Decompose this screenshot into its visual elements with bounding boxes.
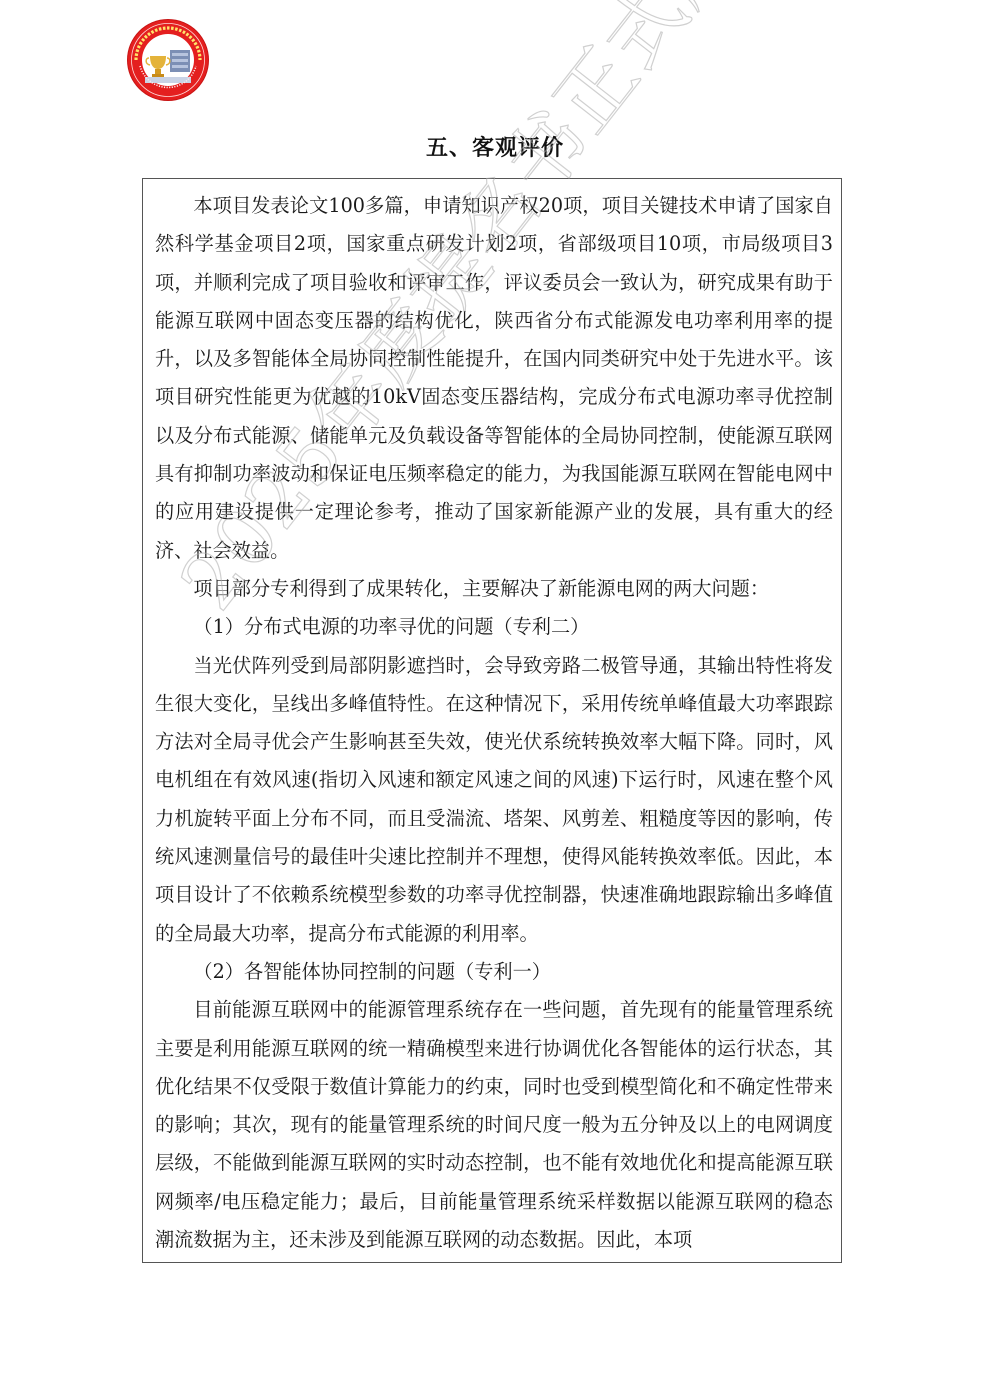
- paragraph-problem-2-detail: 目前能源互联网中的能源管理系统存在一些问题，首先现有的能量管理系统主要是利用能源…: [155, 991, 833, 1259]
- evaluation-content-box: 本项目发表论文100多篇，申请知识产权20项，项目关键技术申请了国家自然科学基金…: [142, 178, 842, 1263]
- evaluation-text: 本项目发表论文100多篇，申请知识产权20项，项目关键技术申请了国家自然科学基金…: [155, 187, 833, 1259]
- paragraph-problem-1-detail: 当光伏阵列受到局部阴影遮挡时，会导致旁路二极管导通，其输出特性将发生很大变化，呈…: [155, 647, 833, 953]
- subheading-problem-1: （1）分布式电源的功率寻优的问题（专利二）: [155, 608, 833, 646]
- section-title: 五、客观评价: [0, 131, 990, 162]
- organization-seal-icon: [128, 20, 208, 100]
- paragraph-evaluation-summary: 本项目发表论文100多篇，申请知识产权20项，项目关键技术申请了国家自然科学基金…: [155, 187, 833, 570]
- paragraph-patent-intro: 项目部分专利得到了成果转化，主要解决了新能源电网的两大问题：: [155, 570, 833, 608]
- seal-graphic: [128, 20, 208, 100]
- subheading-problem-2: （2）各智能体协同控制的问题（专利一）: [155, 953, 833, 991]
